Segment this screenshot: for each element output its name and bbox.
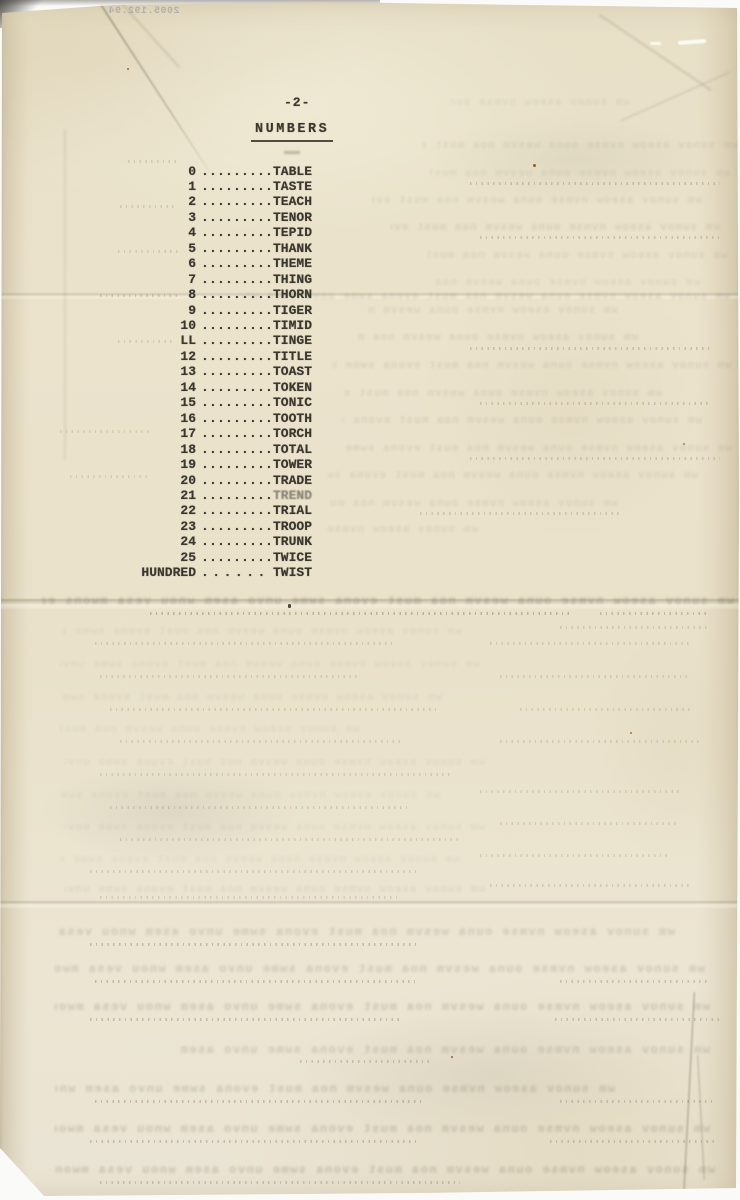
crease-diagonal-top-right-2 xyxy=(620,71,730,122)
crease-diagonal-top-left xyxy=(99,3,217,184)
dots-leader: .......... xyxy=(201,550,274,565)
code-word: TABLE xyxy=(273,164,312,179)
bleedthrough-line xyxy=(90,1018,400,1021)
code-number: 21 xyxy=(118,488,196,503)
bleedthrough-line xyxy=(150,612,570,615)
dots-leader: .......... xyxy=(201,534,274,549)
code-word: TASTE xyxy=(273,179,312,194)
code-word: TOOTH xyxy=(273,411,312,426)
bleedthrough-line xyxy=(90,870,420,873)
bleedthrough-line xyxy=(100,773,450,776)
code-entry-row: 1 .......... TASTE xyxy=(0,179,740,194)
code-entry-row: 12 .......... TITLE xyxy=(0,349,740,364)
code-number: 24 xyxy=(118,534,196,549)
code-word: TONIC xyxy=(273,395,312,410)
code-number: 1 xyxy=(118,179,196,194)
dots-leader: .......... xyxy=(201,318,274,333)
bleedthrough-line xyxy=(110,806,410,809)
bleedthrough-line xyxy=(95,1100,425,1103)
paper-scratch xyxy=(650,42,661,45)
code-entry-row: 18 .......... TOTAL xyxy=(0,442,740,457)
code-entry-row: 13 .......... TOAST xyxy=(0,364,740,379)
dots-leader: .......... xyxy=(201,225,274,240)
bleedthrough-line: wm sunov aseow nvmse ouna wesvm noa must… xyxy=(62,692,442,703)
scan-canvas: { "document": { "page_number": "-2-", "t… xyxy=(0,0,740,1200)
code-word: TEACH xyxy=(273,194,312,209)
dots-leader: .......... xyxy=(201,395,274,410)
code-word: TRUNK xyxy=(273,534,312,549)
code-entry-row: 9 .......... TIGER xyxy=(0,303,740,318)
code-word: TOWER xyxy=(273,457,312,472)
dots-leader: .......... xyxy=(201,256,274,271)
bleedthrough-line xyxy=(500,822,680,825)
code-number: 19 xyxy=(118,457,196,472)
code-number: 22 xyxy=(118,503,196,518)
bleedthrough-line xyxy=(560,626,710,629)
code-word: TINGE xyxy=(273,333,312,348)
fold-line-lower xyxy=(0,901,740,909)
dots-leader: .......... xyxy=(201,210,274,225)
bleedthrough-line: wm sunov aseow nvmse ouna wesvm noa must… xyxy=(55,1163,715,1176)
bleedthrough-line xyxy=(100,675,360,678)
code-word: TIMID xyxy=(273,318,312,333)
code-word: TEPID xyxy=(273,225,312,240)
bleedthrough-line xyxy=(500,675,690,678)
code-entry-row: 6 .......... THEME xyxy=(0,256,740,271)
bleedthrough-line xyxy=(95,642,395,645)
code-number: 17 xyxy=(118,426,196,441)
bleedthrough-line: wm sunov aseow nvmse ouna wesvm noa must… xyxy=(55,925,675,938)
bleedthrough-line: wm sunov aseow nvmse ouna wesvm noa must… xyxy=(60,854,460,865)
code-entry-row: 5 .......... THANK xyxy=(0,241,740,256)
bleedthrough-line: wm sunov aseow nvmse ouna wesvm noa must… xyxy=(170,1043,710,1056)
code-entry-row: 17 .......... TORCH xyxy=(0,426,740,441)
fold-line-middle xyxy=(0,599,740,610)
code-entry-row: 15 .......... TONIC xyxy=(0,395,740,410)
code-entry-row: 10 .......... TIMID xyxy=(0,318,740,333)
dots-leader: .......... xyxy=(201,364,274,379)
paper-stain xyxy=(590,630,740,860)
code-entry-row: 20 .......... TRADE xyxy=(0,473,740,488)
bleedthrough-line: wm sunov aseow nvmse ouna wesvm noa must… xyxy=(60,790,440,801)
code-number: 0 xyxy=(118,164,196,179)
code-entry-row: 24 .......... TRUNK xyxy=(0,534,740,549)
bleedthrough-line: wm sunov aseow nvmse ouna wesvm noa must… xyxy=(60,659,480,670)
bleedthrough-line xyxy=(520,708,690,711)
bleedthrough-line: wm sunov aseow nvmse ouna wesvm noa must… xyxy=(60,724,360,735)
code-word: THEME xyxy=(273,256,312,271)
code-entry-row: 2 .......... TEACH xyxy=(0,194,740,209)
code-word: TIGER xyxy=(273,303,312,318)
code-word: TOAST xyxy=(273,364,312,379)
crease-vertical-bottom-right-2 xyxy=(697,1055,706,1180)
bleedthrough-line xyxy=(90,943,420,946)
bleedthrough-line xyxy=(560,1100,715,1103)
code-number: LL xyxy=(118,333,196,348)
dots-leader: .......... xyxy=(201,303,274,318)
code-number: 12 xyxy=(118,349,196,364)
bleedthrough-line: wm sunov aseow nvmse ouna wesvm noa must… xyxy=(65,822,485,833)
code-number: HUNDRED xyxy=(118,565,196,580)
bleedthrough-line xyxy=(480,854,670,857)
code-number: 7 xyxy=(118,272,196,287)
code-word: TOTAL xyxy=(273,442,312,457)
paper-stain xyxy=(300,1010,680,1140)
code-entry-row: 14 .......... TOKEN xyxy=(0,380,740,395)
code-word: TRADE xyxy=(273,473,312,488)
code-word: TWIST xyxy=(273,565,312,580)
code-word: TITLE xyxy=(273,349,312,364)
paper-stain xyxy=(40,760,300,860)
code-number: 3 xyxy=(118,210,196,225)
ink-dot xyxy=(288,604,291,608)
code-number: 14 xyxy=(118,380,196,395)
bleedthrough-line xyxy=(90,1140,420,1143)
code-entry-row: 25 .......... TWICE xyxy=(0,550,740,565)
bleedthrough-line xyxy=(120,740,400,743)
dots-leader: .......... xyxy=(201,488,274,503)
bleedthrough-line xyxy=(600,612,710,615)
dots-leader: .......... xyxy=(201,333,274,348)
mirrored-accession-number: 2005.192.94 xyxy=(108,6,180,17)
code-entry-row: 19 .......... TOWER xyxy=(0,457,740,472)
bleedthrough-line xyxy=(100,896,400,899)
dots-leader: .......... xyxy=(201,503,274,518)
code-word: TWICE xyxy=(273,550,312,565)
code-entry-row: 16 .......... TOOTH xyxy=(0,411,740,426)
bleedthrough-line xyxy=(95,980,415,983)
document-page: wm sunov aseow nvmse ouna wesvm noa must… xyxy=(0,0,740,1200)
dots-leader: .......... xyxy=(201,164,274,179)
code-number: 20 xyxy=(118,473,196,488)
crease-vertical-bottom-right xyxy=(683,992,696,1197)
bleedthrough-line xyxy=(490,884,690,887)
code-number: 25 xyxy=(118,550,196,565)
bleedthrough-line: wm sunov aseow nvmse ouna wesvm noa must… xyxy=(450,97,630,108)
code-entry-row: LL .......... TINGE xyxy=(0,333,740,348)
bleedthrough-line xyxy=(110,708,440,711)
code-number: 4 xyxy=(118,225,196,240)
bleedthrough-line: wm sunov aseow nvmse ouna wesvm noa must… xyxy=(55,962,705,975)
dots-leader: .......... xyxy=(201,411,274,426)
code-word: THING xyxy=(273,272,312,287)
bleedthrough-line xyxy=(555,1018,720,1021)
code-word: TENOR xyxy=(273,210,312,225)
bleedthrough-line: wm sunov aseow nvmse ouna wesvm noa must… xyxy=(65,757,485,768)
code-number: 2 xyxy=(118,194,196,209)
bleedthrough-line xyxy=(490,642,690,645)
title-smudge xyxy=(284,151,300,154)
code-word: THORN xyxy=(273,287,312,302)
bleedthrough-line: wm sunov aseow nvmse ouna wesvm noa must… xyxy=(42,594,734,607)
dots-leader: .......... xyxy=(201,349,274,364)
code-number: 10 xyxy=(118,318,196,333)
bleedthrough-line: wm sunov aseow nvmse ouna wesvm noa must… xyxy=(55,1122,710,1135)
bleedthrough-line xyxy=(550,1140,715,1143)
code-entry-row: 0 .......... TABLE xyxy=(0,164,740,179)
page-number: -2- xyxy=(284,95,310,110)
code-word: TROOP xyxy=(273,519,312,534)
bleedthrough-line: wm sunov aseow nvmse ouna wesvm noa must… xyxy=(55,1000,710,1013)
dots-leader: .......... xyxy=(201,426,274,441)
code-number: 5 xyxy=(118,241,196,256)
dots-leader: .......... xyxy=(201,272,274,287)
crease-diagonal-top-right xyxy=(599,14,712,91)
code-entry-row: 3 .......... TENOR xyxy=(0,210,740,225)
code-word: THANK xyxy=(273,241,312,256)
code-entry-row: 21 .......... TREND xyxy=(0,488,740,503)
bleedthrough-line xyxy=(120,838,460,841)
code-word: TOKEN xyxy=(273,380,312,395)
bleedthrough-line xyxy=(500,740,700,743)
code-entry-row: 4 .......... TEPID xyxy=(0,225,740,240)
bleedthrough-line: wm sunov aseow nvmse ouna wesvm noa must… xyxy=(55,1082,615,1095)
bleedthrough-line xyxy=(300,1060,430,1063)
dots-leader: .......... xyxy=(201,287,274,302)
bleedthrough-line: wm sunov aseow nvmse ouna wesvm noa must… xyxy=(62,626,462,637)
code-number: 16 xyxy=(118,411,196,426)
code-number: 15 xyxy=(118,395,196,410)
dots-leader: .......... xyxy=(201,241,274,256)
bleedthrough-line: wm sunov aseow nvmse ouna wesvm noa must… xyxy=(65,884,485,895)
bleedthrough-line xyxy=(100,1181,460,1184)
dots-leader: .......... xyxy=(201,442,274,457)
code-entry-row: 22 .......... TRIAL xyxy=(0,503,740,518)
code-number: 9 xyxy=(118,303,196,318)
code-number: 23 xyxy=(118,519,196,534)
code-word: TORCH xyxy=(273,426,312,441)
code-number: 18 xyxy=(118,442,196,457)
code-number: 8 xyxy=(118,287,196,302)
paper-speck xyxy=(630,732,632,734)
dots-leader: .......... xyxy=(201,519,274,534)
dots-leader: .......... xyxy=(201,194,274,209)
bleedthrough-line: wm sunov aseow nvmse ouna wesvm noa must… xyxy=(422,140,738,151)
code-entry-row: HUNDRED ...... TWIST xyxy=(0,565,740,580)
dots-leader: .......... xyxy=(201,380,274,395)
dots-leader: .......... xyxy=(201,473,274,488)
paper-scratch xyxy=(678,39,706,45)
code-number: 6 xyxy=(118,256,196,271)
code-entry-row: 8 .......... THORN xyxy=(0,287,740,302)
dots-leader: .......... xyxy=(201,179,274,194)
paper-speck xyxy=(127,68,129,70)
section-title: NUMBERS xyxy=(251,122,333,142)
bleedthrough-line xyxy=(480,790,680,793)
paper-speck xyxy=(451,1056,453,1058)
code-entry-row: 23 .......... TROOP xyxy=(0,519,740,534)
code-word: TRIAL xyxy=(273,503,312,518)
code-word: TREND xyxy=(273,488,312,503)
bleedthrough-line xyxy=(560,980,710,983)
dots-leader: ...... xyxy=(201,565,274,580)
code-number: 13 xyxy=(118,364,196,379)
code-entry-row: 7 .......... THING xyxy=(0,272,740,287)
dots-leader: .......... xyxy=(201,457,274,472)
